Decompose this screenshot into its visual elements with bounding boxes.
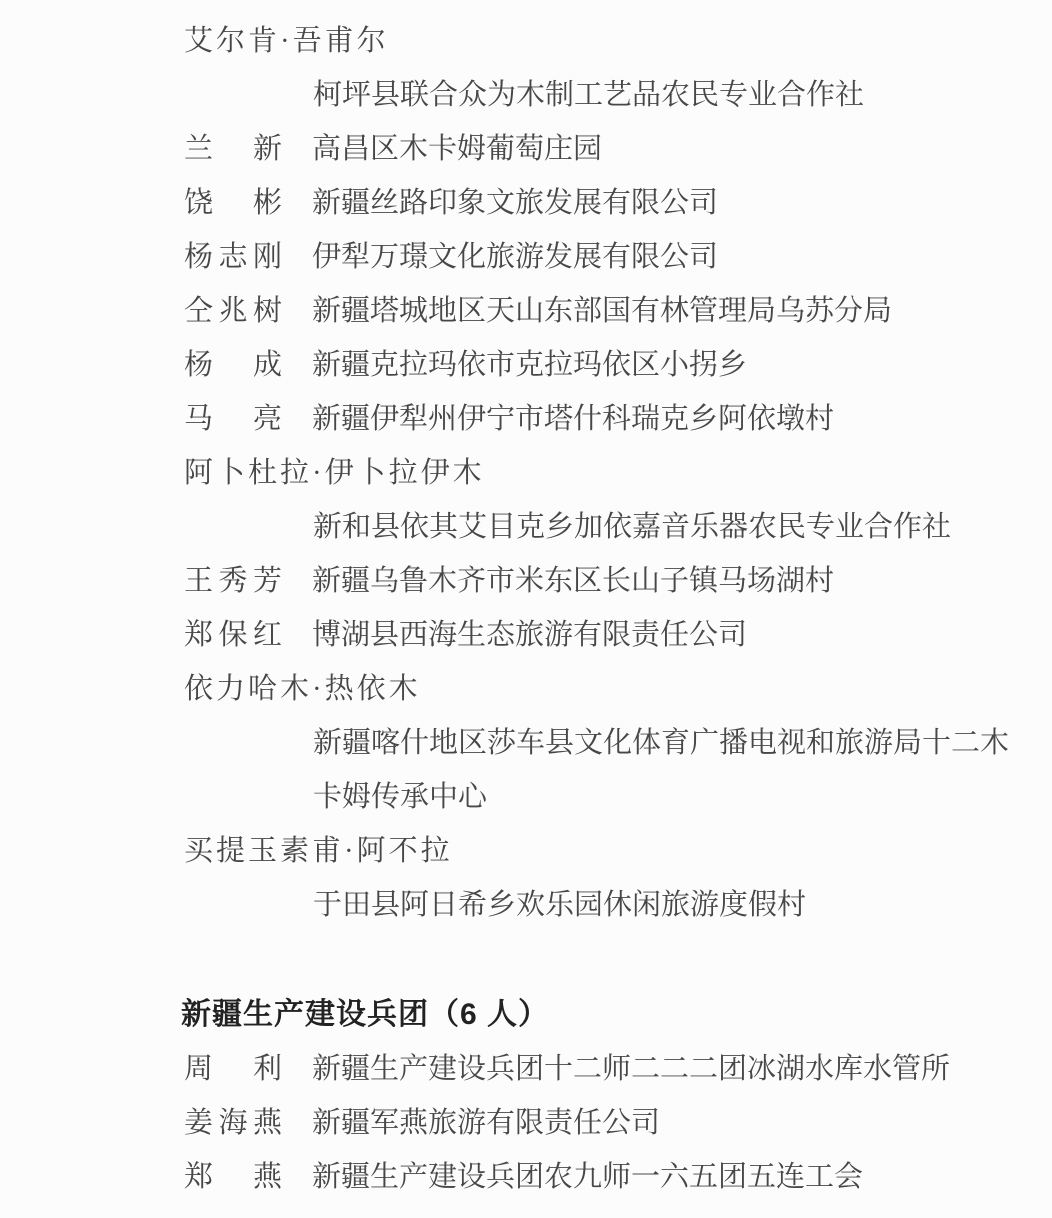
organization-name: 新疆军燕旅游有限责任公司 — [312, 1096, 660, 1150]
person-name: 饶 彬 — [184, 176, 282, 230]
person-name: 杨 成 — [184, 338, 282, 392]
organization-name: 新疆乌鲁木齐市米东区长山子镇马场湖村 — [312, 554, 834, 608]
list-row: 仝兆树 新疆塔城地区天山东部国有林管理局乌苏分局 — [0, 284, 1052, 338]
list-row: 郑保红 博湖县西海生态旅游有限责任公司 — [0, 608, 1052, 662]
person-name: 姜海燕 — [184, 1096, 282, 1150]
roster-list: 艾尔肯·吾甫尔 柯坪县联合众为木制工艺品农民专业合作社 兰 新 高昌区木卡姆葡萄… — [0, 0, 1052, 1204]
organization-name: 柯坪县联合众为木制工艺品农民专业合作社 — [313, 79, 864, 111]
person-name: 仝兆树 — [184, 284, 282, 338]
section-gap — [0, 932, 1052, 988]
list-row: 艾尔肯·吾甫尔 — [0, 14, 1052, 68]
list-row: 周 利 新疆生产建设兵团十二师二二二团冰湖水库水管所 — [0, 1042, 1052, 1096]
list-row: 杨 成 新疆克拉玛依市克拉玛依区小拐乡 — [0, 338, 1052, 392]
list-row: 郑 燕 新疆生产建设兵团农九师一六五团五连工会 — [0, 1150, 1052, 1204]
list-row: 兰 新 高昌区木卡姆葡萄庄园 — [0, 122, 1052, 176]
organization-name: 博湖县西海生态旅游有限责任公司 — [312, 608, 747, 662]
person-name: 周 利 — [184, 1042, 282, 1096]
person-name: 郑保红 — [184, 608, 282, 662]
list-row: 买提玉素甫·阿不拉 — [0, 824, 1052, 878]
person-name: 依力哈木·热依木 — [184, 673, 421, 705]
list-row: 新和县依其艾目克乡加依嘉音乐器农民专业合作社 — [0, 500, 1052, 554]
organization-name: 新疆伊犁州伊宁市塔什科瑞克乡阿依墩村 — [312, 392, 834, 446]
organization-name: 新疆生产建设兵团农九师一六五团五连工会 — [312, 1150, 863, 1204]
organization-name: 于田县阿日希乡欢乐园休闲旅游度假村 — [313, 889, 806, 921]
organization-name: 新疆生产建设兵团十二师二二二团冰湖水库水管所 — [312, 1042, 950, 1096]
list-row: 杨志刚 伊犁万璟文化旅游发展有限公司 — [0, 230, 1052, 284]
document-page: 艾尔肯·吾甫尔 柯坪县联合众为木制工艺品农民专业合作社 兰 新 高昌区木卡姆葡萄… — [0, 0, 1052, 1218]
list-row: 柯坪县联合众为木制工艺品农民专业合作社 — [0, 68, 1052, 122]
organization-name: 新疆丝路印象文旅发展有限公司 — [312, 176, 718, 230]
person-name: 王秀芳 — [184, 554, 282, 608]
organization-name: 新和县依其艾目克乡加依嘉音乐器农民专业合作社 — [313, 511, 951, 543]
person-name: 买提玉素甫·阿不拉 — [184, 835, 453, 867]
organization-name: 伊犁万璟文化旅游发展有限公司 — [312, 230, 718, 284]
person-name: 郑 燕 — [184, 1150, 282, 1204]
list-row: 卡姆传承中心 — [0, 770, 1052, 824]
list-row: 阿卜杜拉·伊卜拉伊木 — [0, 446, 1052, 500]
list-row: 姜海燕 新疆军燕旅游有限责任公司 — [0, 1096, 1052, 1150]
person-name: 兰 新 — [184, 122, 282, 176]
list-row: 马 亮 新疆伊犁州伊宁市塔什科瑞克乡阿依墩村 — [0, 392, 1052, 446]
person-name: 马 亮 — [184, 392, 282, 446]
organization-name: 新疆塔城地区天山东部国有林管理局乌苏分局 — [312, 284, 892, 338]
section-heading: 新疆生产建设兵团（6 人） — [0, 988, 1052, 1042]
organization-name: 高昌区木卡姆葡萄庄园 — [312, 122, 602, 176]
organization-name: 新疆克拉玛依市克拉玛依区小拐乡 — [312, 338, 747, 392]
list-row: 王秀芳 新疆乌鲁木齐市米东区长山子镇马场湖村 — [0, 554, 1052, 608]
list-row: 饶 彬 新疆丝路印象文旅发展有限公司 — [0, 176, 1052, 230]
person-name: 杨志刚 — [184, 230, 282, 284]
list-row: 依力哈木·热依木 — [0, 662, 1052, 716]
person-name: 艾尔肯·吾甫尔 — [184, 25, 389, 57]
list-row: 于田县阿日希乡欢乐园休闲旅游度假村 — [0, 878, 1052, 932]
organization-name: 新疆喀什地区莎车县文化体育广播电视和旅游局十二木 — [313, 727, 1009, 759]
organization-name: 卡姆传承中心 — [313, 781, 487, 813]
list-row: 新疆喀什地区莎车县文化体育广播电视和旅游局十二木 — [0, 716, 1052, 770]
person-name: 阿卜杜拉·伊卜拉伊木 — [184, 457, 485, 489]
